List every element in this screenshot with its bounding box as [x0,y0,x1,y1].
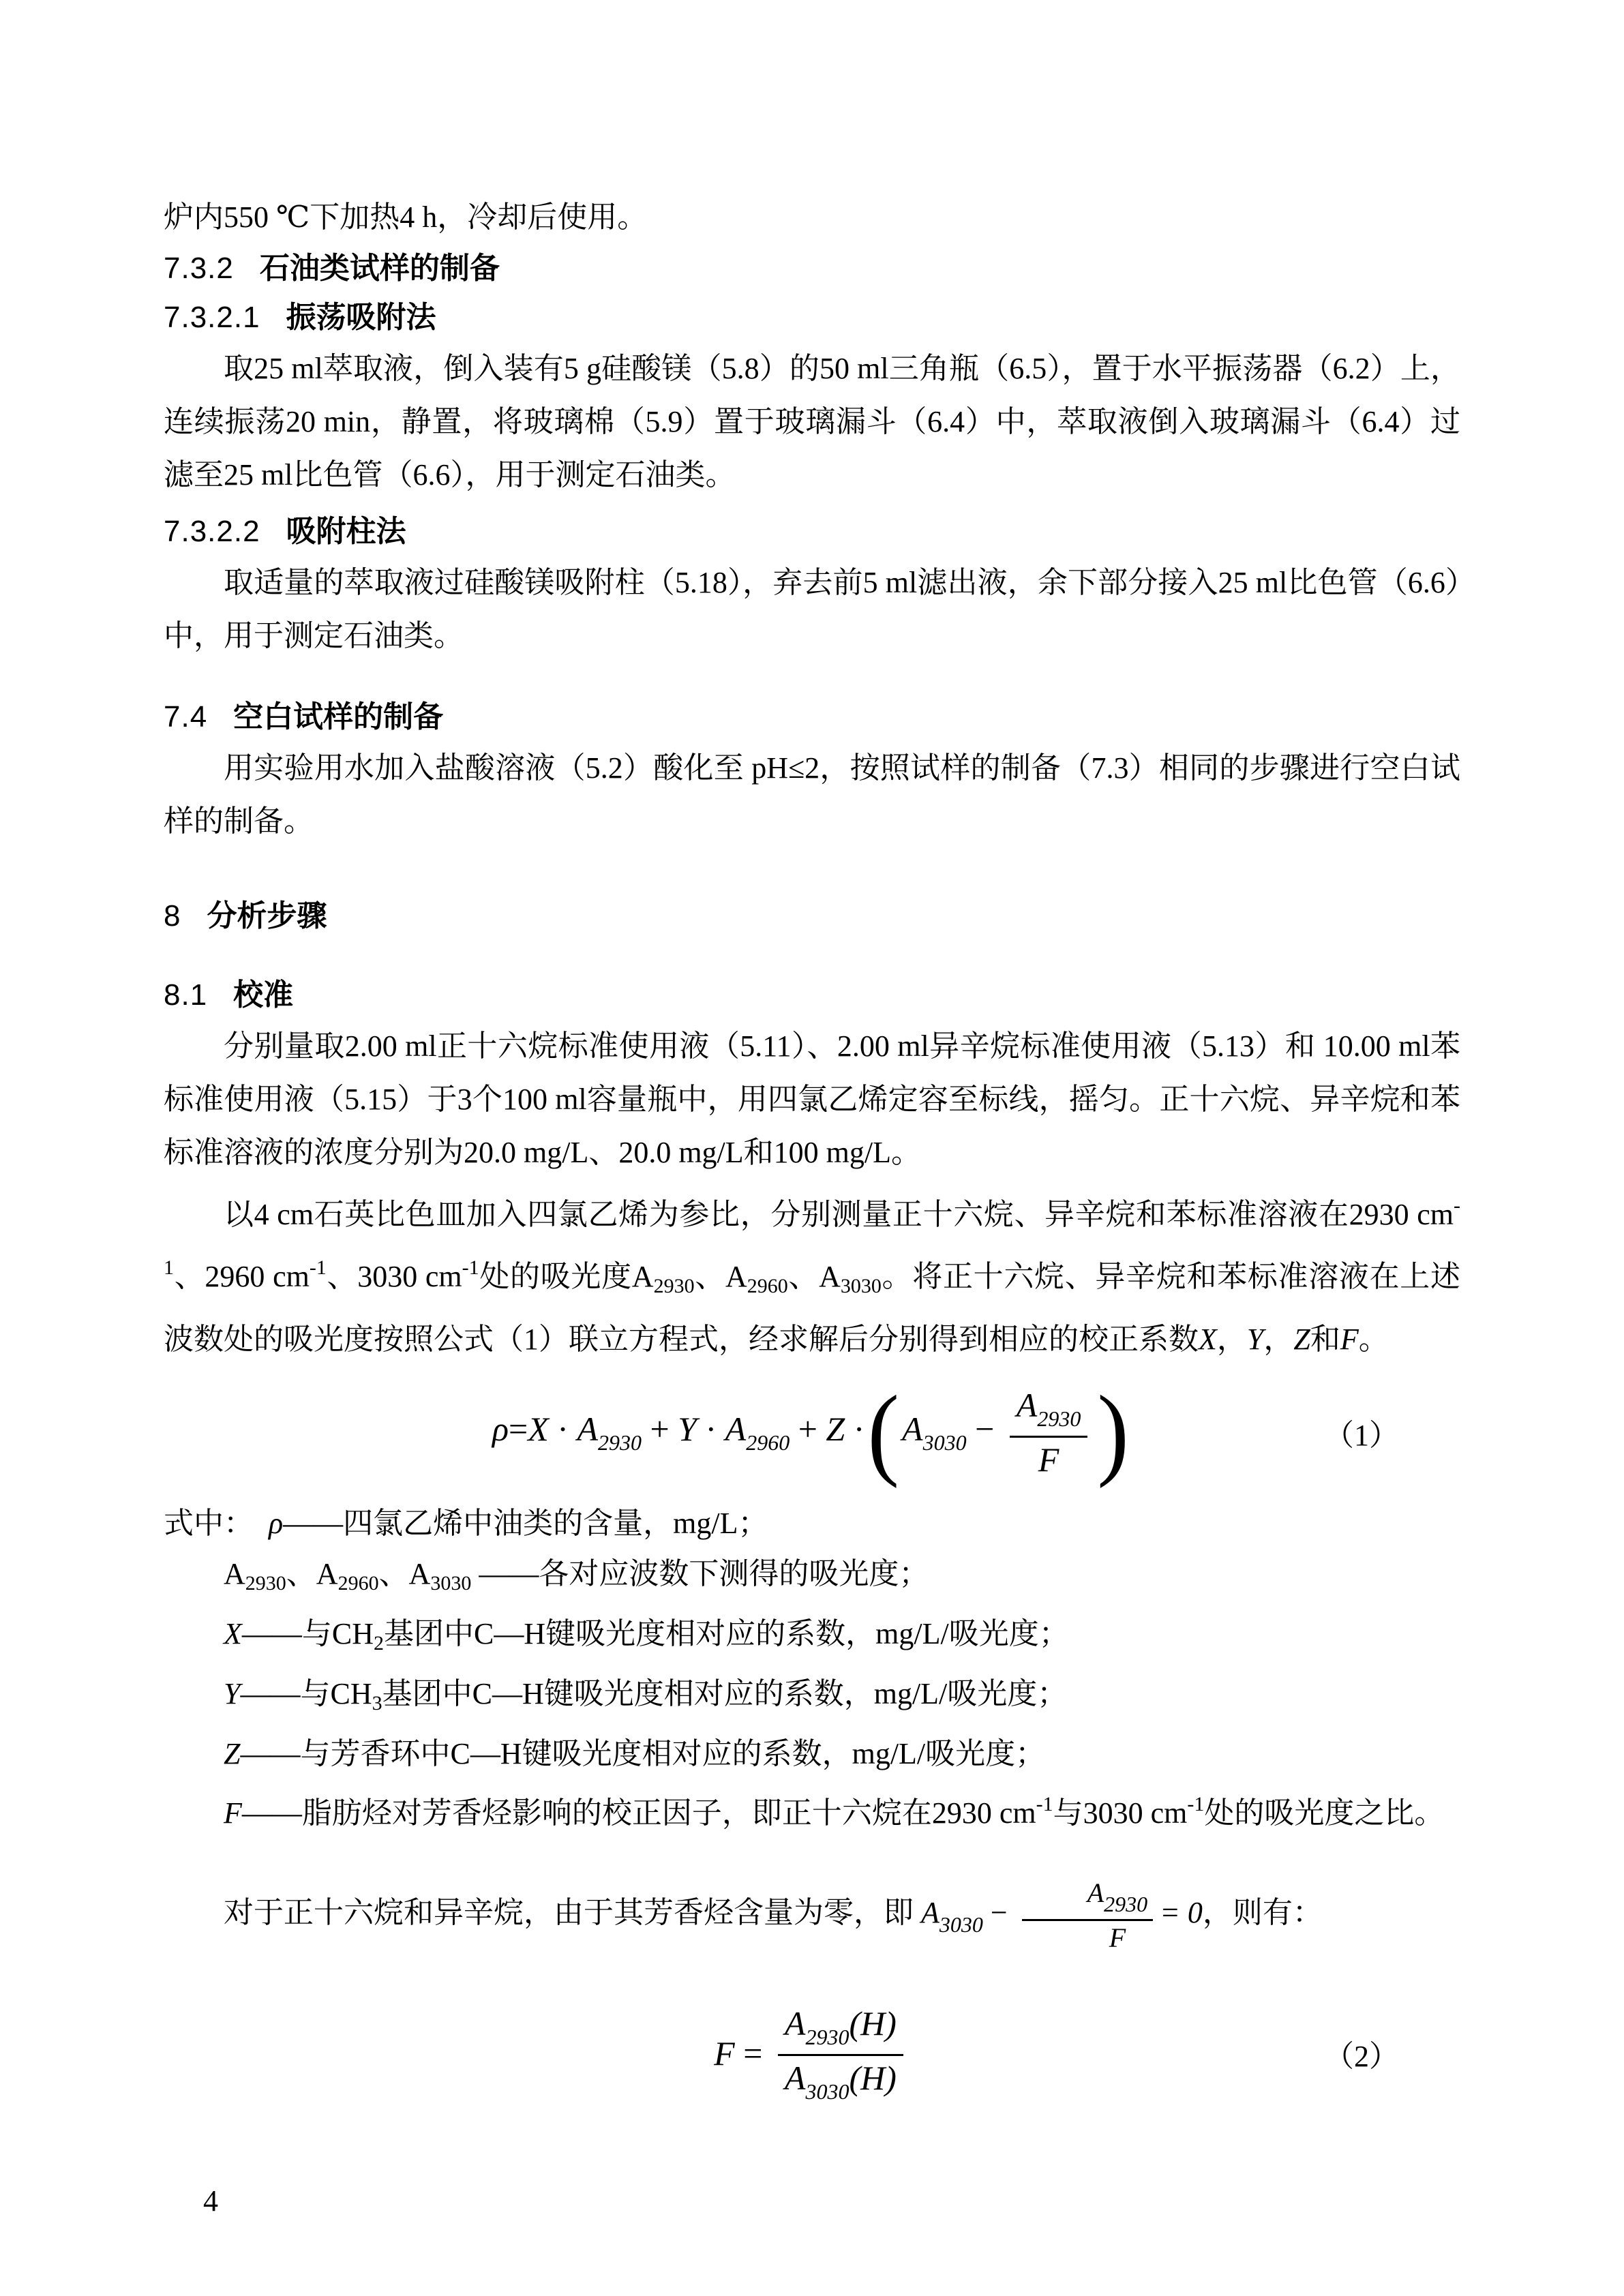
intro-paragraph: 炉内550 ℃下加热4 h，冷却后使用。 [164,191,1460,244]
section-number: 8.1 [164,978,207,1012]
subscript-2: 2 [374,1632,384,1655]
section-number: 7.3.2 [164,252,234,285]
section-title: 空白试样的制备 [233,700,443,734]
subscript-3: 3 [372,1692,382,1715]
subscript-3030: 3030 [923,1430,967,1455]
variable-a: A [725,1410,747,1448]
variable-y: Y [678,1410,697,1448]
variable-x: X [224,1617,242,1650]
section-heading-7-3-2-2: 7.3.2.2吸附柱法 [164,507,1460,556]
text-run: 、A [286,1557,338,1590]
fraction-denominator: F [1032,1438,1066,1480]
variable-x: X [1199,1323,1217,1356]
formula-1-left-terms: ρ=X · A2930 + Y · A2960 + Z · [492,1409,864,1455]
text-run: 、A [788,1260,841,1293]
plus-sign: + [642,1410,678,1448]
rho-symbol: ρ [269,1507,283,1540]
h-term: (H) [849,2059,896,2097]
minus-sign: − [983,1896,1015,1929]
subscript-2930: 2930 [805,2025,849,2049]
variable-a: A [1017,1386,1038,1424]
variable-y: Y [224,1677,240,1710]
section-title: 校准 [233,978,293,1012]
definition-x: X——与CH2基团中C—H键吸光度相对应的系数，mg/L/吸光度； [164,1609,1460,1669]
section-heading-7-4: 7.4空白试样的制备 [164,693,1460,742]
subscript-2930: 2930 [598,1430,642,1455]
formula-2-number: （2） [1324,2031,1399,2075]
text-run: 对于正十六烷和异辛烷，由于其芳香烃含量为零，即 [224,1896,921,1929]
variable-a: A [921,1896,939,1929]
variable-f: F [714,2034,735,2072]
minus-sign: − [967,1410,1003,1448]
paragraph-calibration-2: 以4 cm石英比色皿加入四氯乙烯为参比，分别测量正十六烷、异辛烷和苯标准溶液在2… [164,1179,1460,1366]
inline-fraction-a2930-over-f: A2930F [1022,1877,1153,1954]
variable-a: A [785,2004,806,2042]
subscript: 2960 [747,1275,788,1297]
variable-z: Z [224,1737,240,1770]
section-heading-7-3-2: 7.3.2石油类试样的制备 [164,244,1460,293]
dot-operator: · [845,1410,864,1448]
variable-a: A [902,1410,923,1448]
subscript-3030: 3030 [805,2079,849,2104]
equals-sign: = [509,1410,528,1448]
section-number: 7.4 [164,700,207,734]
subscript-2930: 2930 [245,1572,286,1595]
variable-f: F [224,1796,242,1830]
dot-operator: · [697,1410,725,1448]
variable-f: F [1340,1323,1359,1356]
subscript-2960: 2960 [746,1430,790,1455]
equals-sign: = [735,2034,771,2072]
paragraph-shake-adsorption: 取25 ml萃取液，倒入装有5 g硅酸镁（5.8）的50 ml三角瓶（6.5），… [164,342,1460,502]
definition-text: ——四氯乙烯中油类的含量，mg/L； [283,1507,768,1540]
superscript: -1 [462,1256,479,1279]
equals-zero: = 0 [1160,1896,1203,1929]
subscript: 3030 [841,1275,882,1297]
page-number: 4 [203,2175,218,2228]
definition-y: Y——与CH3基团中C—H键吸光度相对应的系数，mg/L/吸光度； [164,1669,1460,1729]
section-number: 8 [164,899,181,933]
text-run: ——与CH [242,1617,374,1650]
fraction-numerator: A2930(H) [778,2003,903,2056]
text-run: 。 [1359,1323,1389,1356]
section-heading-8-1: 8.1校准 [164,971,1460,1020]
section-title: 分析步骤 [207,899,327,933]
variable-a: A [785,2059,806,2097]
paragraph-zero-aromatic: 对于正十六烷和异辛烷，由于其芳香烃含量为零，即 A3030 − A2930F= … [164,1862,1460,1976]
subscript-2930: 2930 [1104,1892,1147,1916]
fraction-denominator: F [1044,1921,1131,1954]
section-number: 7.3.2.1 [164,301,260,334]
variable-a: A [224,1557,245,1590]
superscript: -1 [310,1256,327,1279]
fraction-numerator: A2930 [1010,1385,1088,1438]
definition-text: 基团中C—H键吸光度相对应的系数，mg/L/吸光度； [384,1617,1069,1650]
definition-text: 处的吸光度之比。 [1204,1796,1444,1830]
text-run: ，则有： [1203,1896,1323,1929]
definition-z: Z——与芳香环中C—H键吸光度相对应的系数，mg/L/吸光度； [164,1729,1460,1779]
text-run: ——脂肪烃对芳香烃影响的校正因子，即正十六烷在2930 cm [242,1796,1036,1830]
subscript-3030: 3030 [430,1572,471,1595]
left-parenthesis: ( [867,1380,899,1483]
text-run: 、3030 cm [327,1260,462,1293]
definition-absorbance: A2930、A2960、A3030 ——各对应波数下测得的吸光度； [164,1549,1460,1609]
definition-text: ——与芳香环中C—H键吸光度相对应的系数，mg/L/吸光度； [240,1737,1045,1770]
text-run: ， [1217,1323,1247,1356]
subscript-3030: 3030 [939,1912,983,1937]
superscript: -1 [1187,1793,1204,1815]
variable-a: A [577,1410,598,1448]
text-run: ——与CH [240,1677,372,1710]
fraction-numerator: A2930 [1022,1877,1153,1922]
text-run: 和 [1310,1323,1340,1356]
formula-1-number: （1） [1324,1410,1399,1454]
text-run: ， [1263,1323,1293,1356]
section-heading-8: 8分析步骤 [164,892,1460,941]
formula-1-paren-terms: A3030 − [902,1409,1003,1455]
formula-2: F = A2930(H)A3030(H) （2） [164,1985,1460,2121]
text-run: 、A [695,1260,747,1293]
rho-symbol: ρ [492,1410,509,1448]
variable-a: A [1087,1877,1104,1908]
subscript-2960: 2960 [338,1572,379,1595]
dot-operator: · [549,1410,577,1448]
superscript: -1 [1036,1793,1053,1815]
section-number: 7.3.2.2 [164,515,260,548]
section-title: 吸附柱法 [286,515,406,548]
fraction-denominator: A3030(H) [778,2056,903,2104]
fraction-f: A2930(H)A3030(H) [778,2003,903,2104]
where-label: 式中： [164,1507,254,1540]
subscript: 2930 [654,1275,695,1297]
text-run: 处的吸光度A [479,1260,654,1293]
section-title: 石油类试样的制备 [260,252,500,285]
variable-z: Z [826,1410,845,1448]
text-run: 、2960 cm [174,1260,310,1293]
paragraph-adsorption-column: 取适量的萃取液过硅酸镁吸附柱（5.18），弃去前5 ml滤出液，余下部分接入25… [164,556,1460,663]
definition-text: 基团中C—H键吸光度相对应的系数，mg/L/吸光度； [382,1677,1068,1710]
h-term: (H) [849,2004,896,2042]
fraction-a2930-over-f: A2930F [1010,1385,1088,1479]
section-title: 振荡吸附法 [286,301,436,334]
definition-f: F——脂肪烃对芳香烃影响的校正因子，即正十六烷在2930 cm-1与3030 c… [164,1779,1460,1839]
definition-rho: 式中：ρ——四氯乙烯中油类的含量，mg/L； [164,1498,1460,1549]
variable-x: X [528,1410,549,1448]
subscript-2930: 2930 [1037,1406,1081,1431]
formula-1: ρ=X · A2930 + Y · A2960 + Z ·(A3030 − A2… [164,1374,1460,1490]
text-run: 、A [379,1557,431,1590]
variable-y: Y [1247,1323,1263,1356]
paragraph-blank-sample: 用实验用水加入盐酸溶液（5.2）酸化至 pH≤2，按照试样的制备（7.3）相同的… [164,742,1460,848]
text-run: 以4 cm石英比色皿加入四氯乙烯为参比，分别测量正十六烷、异辛烷和苯标准溶液在2… [224,1198,1454,1231]
formula-2-left: F = [714,2034,771,2073]
right-parenthesis: ) [1097,1380,1129,1483]
variable-z: Z [1293,1323,1310,1356]
plus-sign: + [790,1410,826,1448]
document-page: 炉内550 ℃下加热4 h，冷却后使用。 7.3.2石油类试样的制备 7.3.2… [0,0,1624,2296]
paragraph-calibration-1: 分别量取2.00 ml正十六烷标准使用液（5.11）、2.00 ml异辛烷标准使… [164,1020,1460,1179]
text-run: 与3030 cm [1053,1796,1188,1830]
definition-text: ——各对应波数下测得的吸光度； [471,1557,929,1590]
section-heading-7-3-2-1: 7.3.2.1振荡吸附法 [164,293,1460,342]
